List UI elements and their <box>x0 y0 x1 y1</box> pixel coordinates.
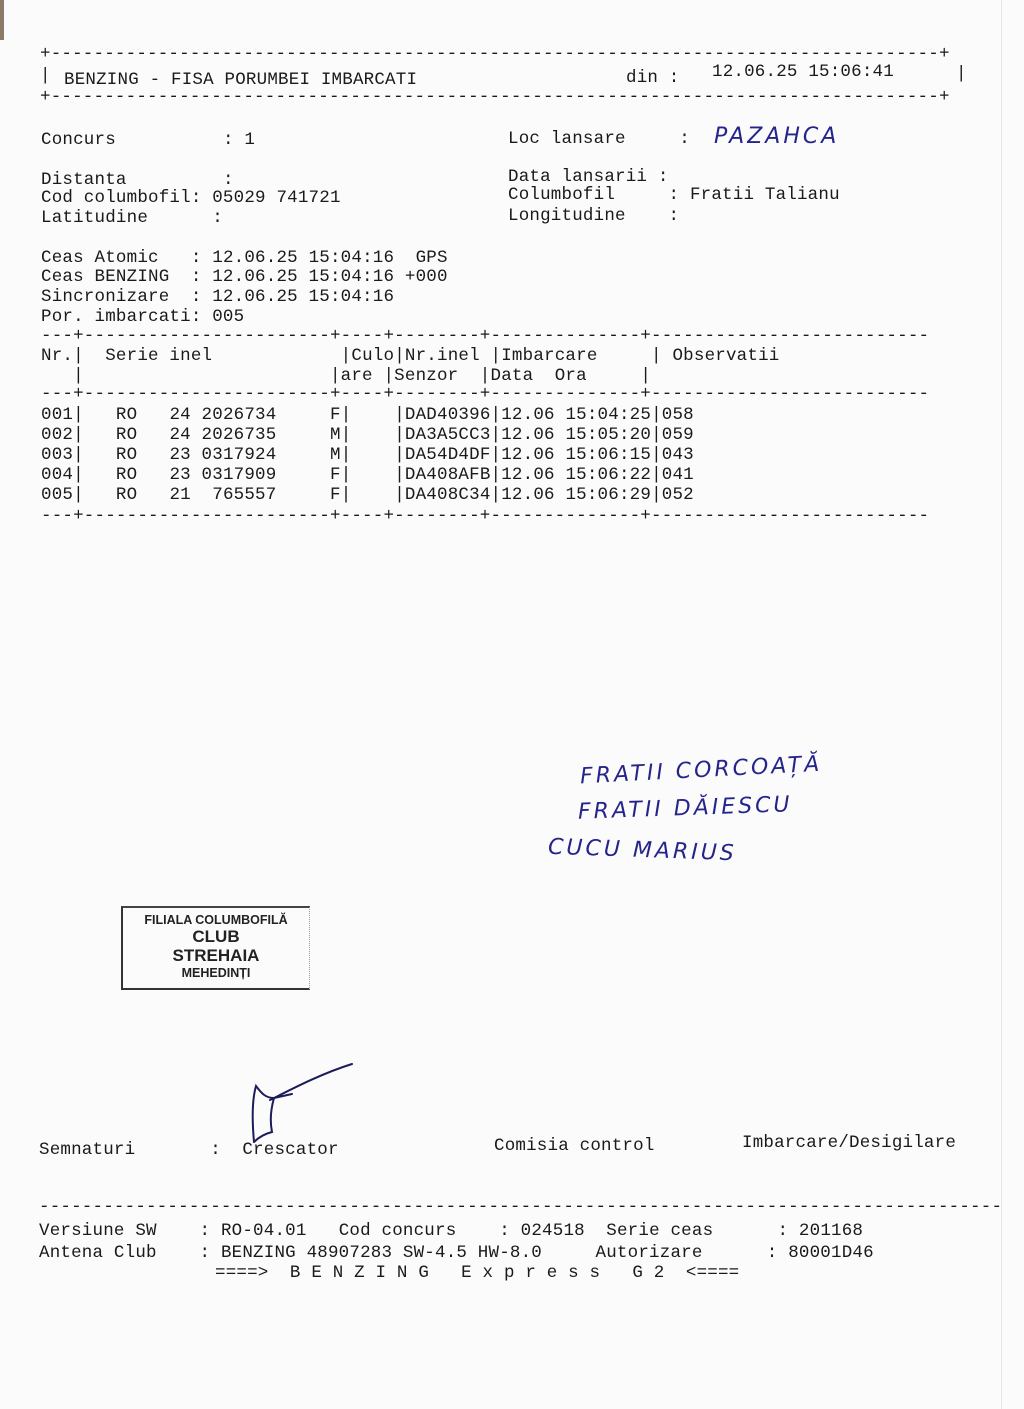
cell-data: 12.06 <box>501 445 555 465</box>
column-separator: | <box>73 485 116 505</box>
column-separator <box>555 445 566 465</box>
sincronizare-row: Sincronizare : 12.06.25 15:04:16 <box>41 287 394 307</box>
cell-nr: 003 <box>41 445 73 465</box>
cell-culoare <box>351 405 394 425</box>
column-separator <box>137 405 169 425</box>
por-imbarcati-row: Por. imbarcati: 005 <box>41 307 244 327</box>
cell-obs: 059 <box>662 425 694 445</box>
column-separator: | <box>394 425 405 445</box>
imbarcare-desigilare-label: Imbarcare/Desigilare <box>742 1133 956 1153</box>
concurs-row: Concurs : 1 <box>41 130 255 150</box>
cell-data: 12.06 <box>501 425 555 445</box>
benzing-express-banner: ====> B E N Z I N G E x p r e s s G 2 <=… <box>215 1263 739 1283</box>
column-separator <box>555 425 566 445</box>
column-separator <box>137 465 169 485</box>
cell-data: 12.06 <box>501 485 555 505</box>
cell-senzor: DA408AFB <box>405 465 491 485</box>
latitudine-row: Latitudine : <box>41 208 234 228</box>
cell-ora: 15:05:20 <box>565 425 651 445</box>
column-separator <box>276 445 330 465</box>
cell-country: RO <box>116 465 137 485</box>
column-separator <box>137 485 169 505</box>
table-row: 005| RO 21 765557 F| |DA408C34|12.06 15:… <box>41 485 694 505</box>
table-header-border: ---+-----------------------+----+-------… <box>41 384 929 404</box>
handwritten-note-3: CUCU MARIUS <box>548 835 738 867</box>
column-separator: | <box>394 405 405 425</box>
cell-ring: 765557 <box>202 485 277 505</box>
column-separator: | <box>491 405 502 425</box>
stamp-line-2: CLUB <box>123 927 309 946</box>
semnaturi-label: Semnaturi : Crescator <box>39 1140 339 1160</box>
column-separator <box>555 405 566 425</box>
cell-ring: 0317924 <box>202 445 277 465</box>
cell-obs: 041 <box>662 465 694 485</box>
column-separator: | <box>491 425 502 445</box>
cell-senzor: DA408C34 <box>405 485 491 505</box>
cell-ora: 15:06:15 <box>565 445 651 465</box>
data-lansarii-row: Data lansarii : <box>508 167 679 187</box>
longitudine-row: Longitudine : <box>508 206 690 226</box>
header-left-bar: | <box>40 66 51 86</box>
handwritten-note-2: FRATII DĂIESCU <box>578 792 793 824</box>
table-row: 004| RO 23 0317909 F| |DA408AFB|12.06 15… <box>41 465 694 485</box>
cell-nr: 004 <box>41 465 73 485</box>
column-separator <box>191 425 202 445</box>
column-separator: | <box>491 465 502 485</box>
club-stamp: FILIALA COLUMBOFILĂ CLUB STREHAIA MEHEDI… <box>121 906 310 990</box>
cell-culoare <box>351 445 394 465</box>
cell-ring: 0317909 <box>202 465 277 485</box>
cell-data: 12.06 <box>501 405 555 425</box>
versiune-row: Versiune SW : RO-04.01 Cod concurs : 024… <box>39 1221 863 1241</box>
table-border-bottom: ---+-----------------------+----+-------… <box>41 506 929 526</box>
column-separator: | <box>73 405 116 425</box>
table-row: 003| RO 23 0317924 M| |DA54D4DF|12.06 15… <box>41 445 694 465</box>
din-value: 12.06.25 15:06:41 <box>712 62 894 82</box>
cell-country: RO <box>116 485 137 505</box>
handwritten-note-1: FRATII CORCOAȚĂ <box>580 752 823 790</box>
cell-senzor: DA3A5CC3 <box>405 425 491 445</box>
column-separator: | <box>651 465 662 485</box>
header-border-bottom: +---------------------------------------… <box>40 87 950 107</box>
column-separator: | <box>341 445 352 465</box>
header-border-top: +---------------------------------------… <box>40 44 950 64</box>
cell-country: RO <box>116 425 137 445</box>
cell-ring: 2026734 <box>202 405 277 425</box>
column-separator <box>191 405 202 425</box>
cell-culoare <box>351 485 394 505</box>
header-right-bar: | <box>956 64 967 84</box>
cell-year: 21 <box>169 485 190 505</box>
column-separator: | <box>651 405 662 425</box>
column-separator: | <box>651 485 662 505</box>
cell-country: RO <box>116 405 137 425</box>
stamp-line-1: FILIALA COLUMBOFILĂ <box>123 913 309 927</box>
columbofil-row: Columbofil : Fratii Talianu <box>508 185 840 205</box>
cell-ora: 15:06:29 <box>565 485 651 505</box>
column-separator <box>276 425 330 445</box>
column-separator: | <box>341 485 352 505</box>
scan-edge <box>0 0 4 40</box>
cell-obs: 058 <box>662 405 694 425</box>
cell-ora: 15:06:22 <box>565 465 651 485</box>
cell-nr: 001 <box>41 405 73 425</box>
cell-year: 24 <box>169 405 190 425</box>
column-separator: | <box>491 485 502 505</box>
cell-sex: M <box>330 445 341 465</box>
cell-sex: F <box>330 405 341 425</box>
column-separator: | <box>491 445 502 465</box>
column-separator <box>191 485 202 505</box>
column-separator <box>137 445 169 465</box>
cell-ora: 15:04:25 <box>565 405 651 425</box>
loc-lansare-handwritten: PAZAHCA <box>714 124 839 149</box>
cell-year: 23 <box>169 465 190 485</box>
stamp-line-4: MEHEDINȚI <box>123 966 309 980</box>
column-separator: | <box>394 485 405 505</box>
table-row: 001| RO 24 2026734 F| |DAD40396|12.06 15… <box>41 405 694 425</box>
table-header-row-1: Nr.| Serie inel |Culo|Nr.inel |Imbarcare… <box>41 346 780 366</box>
din-label: din : <box>626 68 680 88</box>
cell-obs: 043 <box>662 445 694 465</box>
column-separator <box>555 465 566 485</box>
ceas-atomic-row: Ceas Atomic : 12.06.25 15:04:16 GPS <box>41 248 448 268</box>
column-separator: | <box>394 465 405 485</box>
table-row: 002| RO 24 2026735 M| |DA3A5CC3|12.06 15… <box>41 425 694 445</box>
signature-scribble-icon <box>240 1060 360 1150</box>
column-separator <box>276 485 330 505</box>
antena-row: Antena Club : BENZING 48907283 SW-4.5 HW… <box>39 1243 874 1263</box>
column-separator <box>191 465 202 485</box>
column-separator: | <box>341 405 352 425</box>
cell-sex: M <box>330 425 341 445</box>
cell-sex: F <box>330 465 341 485</box>
cell-senzor: DA54D4DF <box>405 445 491 465</box>
cell-nr: 002 <box>41 425 73 445</box>
cell-year: 24 <box>169 425 190 445</box>
footer-divider: ----------------------------------------… <box>39 1197 1002 1217</box>
column-separator: | <box>73 465 116 485</box>
cell-obs: 052 <box>662 485 694 505</box>
table-border-top: ---+-----------------------+----+-------… <box>41 326 929 346</box>
column-separator <box>276 405 330 425</box>
column-separator: | <box>341 425 352 445</box>
cell-culoare <box>351 465 394 485</box>
cell-data: 12.06 <box>501 465 555 485</box>
distanta-row: Distanta : <box>41 170 244 190</box>
cell-sex: F <box>330 485 341 505</box>
column-separator: | <box>341 465 352 485</box>
cell-year: 23 <box>169 445 190 465</box>
column-separator <box>191 445 202 465</box>
column-separator: | <box>73 425 116 445</box>
comisia-control-label: Comisia control <box>494 1136 655 1156</box>
cell-country: RO <box>116 445 137 465</box>
cod-columbofil-row: Cod columbofil: 05029 741721 <box>41 188 341 208</box>
table-header-row-2: | |are |Senzor |Data Ora | <box>41 366 651 386</box>
column-separator: | <box>651 445 662 465</box>
cell-nr: 005 <box>41 485 73 505</box>
column-separator: | <box>73 445 116 465</box>
column-separator: | <box>394 445 405 465</box>
ceas-benzing-row: Ceas BENZING : 12.06.25 15:04:16 +000 <box>41 267 448 287</box>
stamp-line-3: STREHAIA <box>123 946 309 966</box>
column-separator <box>276 465 330 485</box>
cell-culoare <box>351 425 394 445</box>
column-separator <box>555 485 566 505</box>
column-separator: | <box>651 425 662 445</box>
cell-senzor: DAD40396 <box>405 405 491 425</box>
column-separator <box>137 425 169 445</box>
loc-lansare-label: Loc lansare : <box>508 129 690 149</box>
cell-ring: 2026735 <box>202 425 277 445</box>
